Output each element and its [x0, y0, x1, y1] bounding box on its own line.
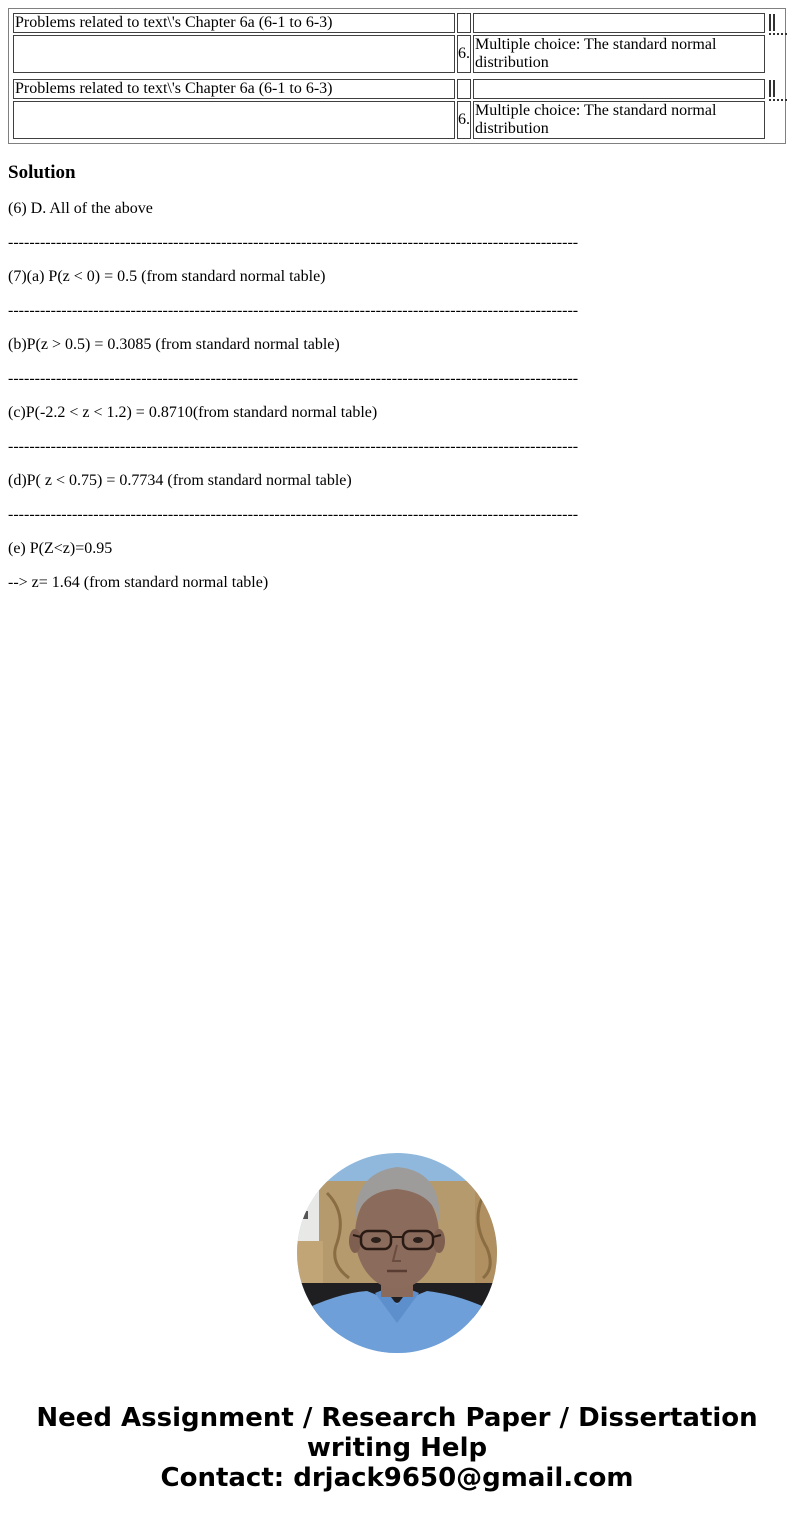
double-bar-mark [769, 14, 775, 31]
answer-6: (6) D. All of the above [8, 200, 786, 218]
double-bar-mark [769, 80, 775, 97]
separator: ----------------------------------------… [8, 438, 786, 456]
problem-block: Problems related to text\'s Chapter 6a (… [11, 77, 783, 141]
contact-email: Contact: drjack9650@gmail.com [0, 1463, 794, 1493]
portrait-image [297, 1153, 497, 1353]
answer-7c: (c)P(-2.2 < z < 1.2) = 0.8710(from stand… [8, 404, 786, 422]
cell-border-artifact [767, 13, 785, 73]
dotted-rule [769, 99, 787, 101]
problem-table: Problems related to text\'s Chapter 6a (… [8, 8, 786, 144]
answer-7e-given: (e) P(Z<z)=0.95 [8, 540, 786, 558]
separator: ----------------------------------------… [8, 506, 786, 524]
empty-cell [473, 79, 765, 99]
answer-7d: (d)P( z < 0.75) = 0.7734 (from standard … [8, 472, 786, 490]
separator: ----------------------------------------… [8, 234, 786, 252]
cell-border-artifact [767, 79, 785, 139]
item-number: 6. [457, 35, 471, 73]
empty-cell [473, 13, 765, 33]
separator: ----------------------------------------… [8, 370, 786, 388]
separator: ----------------------------------------… [8, 302, 786, 320]
solution-body: (6) D. All of the above ----------------… [8, 200, 786, 592]
promo-banner: Need Assignment / Research Paper / Disse… [0, 1403, 794, 1493]
empty-cell [13, 35, 455, 73]
item-text: Multiple choice: The standard normal dis… [473, 35, 765, 73]
solution-heading: Solution [8, 162, 786, 184]
empty-cell [457, 79, 471, 99]
problem-block: Problems related to text\'s Chapter 6a (… [11, 11, 783, 75]
item-number: 6. [457, 101, 471, 139]
empty-cell [13, 101, 455, 139]
item-text: Multiple choice: The standard normal dis… [473, 101, 765, 139]
chapter-title: Problems related to text\'s Chapter 6a (… [13, 79, 455, 99]
author-avatar [297, 1153, 497, 1353]
empty-cell [457, 13, 471, 33]
chapter-title: Problems related to text\'s Chapter 6a (… [13, 13, 455, 33]
promo-line: writing Help [0, 1433, 794, 1463]
dotted-rule [769, 33, 787, 35]
document-page: Problems related to text\'s Chapter 6a (… [8, 8, 786, 608]
answer-7e-result: --> z= 1.64 (from standard normal table) [8, 574, 786, 592]
answer-7b: (b)P(z > 0.5) = 0.3085 (from standard no… [8, 336, 786, 354]
promo-line: Need Assignment / Research Paper / Disse… [0, 1403, 794, 1433]
answer-7a: (7)(a) P(z < 0) = 0.5 (from standard nor… [8, 268, 786, 286]
